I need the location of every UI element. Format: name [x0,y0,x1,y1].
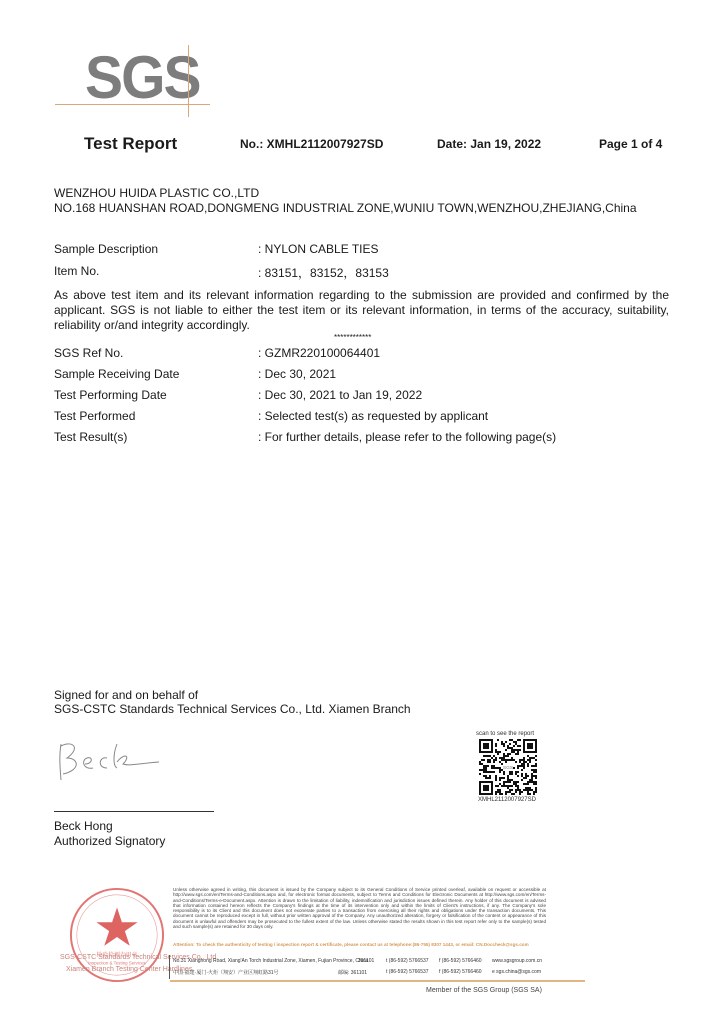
svg-text:SGS: SGS [503,765,513,771]
footer-fax-cn: f (86-592) 5766460 [439,969,492,976]
footer-orange-rule [170,980,585,982]
legal-disclaimer: Unless otherwise agreed in writing, this… [173,887,546,929]
footer-contact-row-en: No.31 Xianghong Road, Xiang'An Torch Ind… [170,958,542,964]
footer-website-link[interactable]: www.sgsgroup.com.cn [492,958,542,964]
page-indicator: Page 1 of 4 [599,137,662,151]
field-value-performing-date: : Dec 30, 2021 to Jan 19, 2022 [258,388,422,402]
field-label-sgs-ref: SGS Ref No. [54,346,123,360]
field-label-performing-date: Test Performing Date [54,388,167,402]
signatory-title: Authorized Signatory [54,834,165,848]
applicant-address: NO.168 HUANSHAN ROAD,DONGMENG INDUSTRIAL… [54,201,637,216]
applicant-company: WENZHOU HUIDA PLASTIC CO.,LTD [54,186,259,201]
footer-address-en: No.31 Xianghong Road, Xiang'An Torch Ind… [170,958,358,964]
liability-statement: As above test item and its relevant info… [54,288,669,333]
handwritten-signature [55,738,165,783]
field-value-item-no: : 83151，83152，83153 [258,264,389,281]
qr-report-id: XMHL2112007927SD [478,797,536,803]
signed-on-behalf-line2: SGS-CSTC Standards Technical Services Co… [54,702,411,716]
field-value-sgs-ref: : GZMR220100064401 [258,346,380,360]
sgs-logo: SGS [85,48,200,108]
footer-postcode-cn: 邮编: 361101 [338,969,386,976]
qr-caption: scan to see the report [476,731,534,737]
logo-vertical-rule [188,45,189,117]
footer-email-link[interactable]: e sgs.china@sgs.com [492,969,541,976]
signed-on-behalf-line1: Signed for and on behalf of [54,688,198,702]
field-label-receiving-date: Sample Receiving Date [54,367,179,381]
footer-contact-row-cn: 中国·福建·厦门·火炬（翔安）产业区翔虹路31号 邮编: 361101 t (8… [170,969,541,976]
signatory-name: Beck Hong [54,819,113,833]
footer-postcode-en: 361101 [358,958,386,964]
qr-code-icon[interactable]: SGS [479,739,537,795]
field-value-test-performed: : Selected test(s) as requested by appli… [258,409,488,423]
field-label-sample-description: Sample Description [54,242,158,256]
logo-horizontal-rule [55,104,210,105]
authenticity-notice: Attention: To check the authenticity of … [173,942,546,947]
sgs-group-member: Member of the SGS Group (SGS SA) [426,987,542,994]
field-value-sample-description: : NYLON CABLE TIES [258,242,379,256]
report-title: Test Report [84,134,177,154]
separator-stars: ************ [334,333,371,342]
footer-tel-en: t (86-592) 5766537 [386,958,439,964]
field-value-test-results: : For further details, please refer to t… [258,430,556,444]
signature-line [54,811,214,812]
field-label-test-results: Test Result(s) [54,430,127,444]
field-label-test-performed: Test Performed [54,409,135,423]
footer-address-cn: 中国·福建·厦门·火炬（翔安）产业区翔虹路31号 [170,969,338,976]
stamp-inner-text: Inspection & Testing Services [88,960,146,965]
field-label-item-no: Item No. [54,264,99,278]
report-number: No.: XMHL2112007927SD [240,137,383,151]
report-date: Date: Jan 19, 2022 [437,137,541,151]
footer-tel-cn: t (86-592) 5766537 [386,969,439,976]
footer-fax-en: f (86-592) 5766460 [439,958,492,964]
field-value-receiving-date: : Dec 30, 2021 [258,367,336,381]
